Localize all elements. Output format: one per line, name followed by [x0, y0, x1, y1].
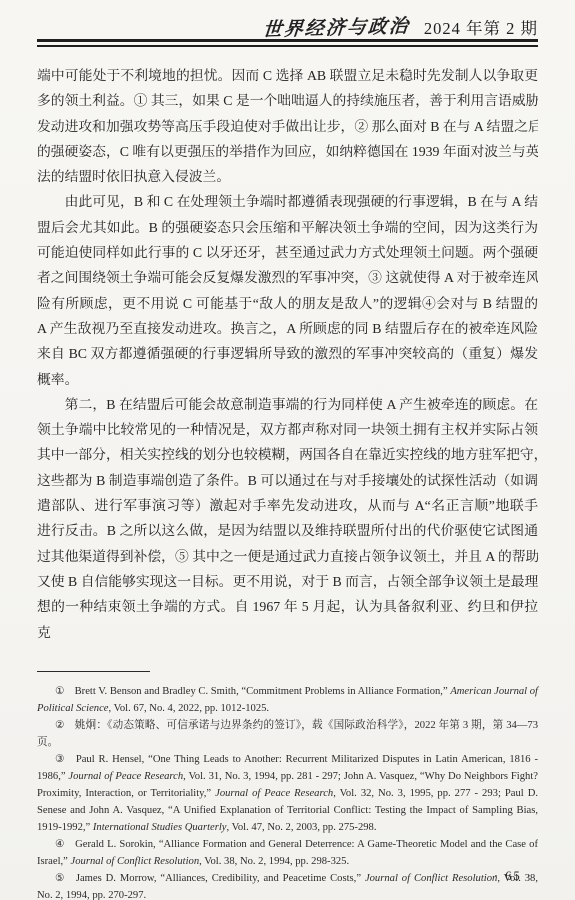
- body-line: 端中可能处于不利境地的担忧。因而 C 选择 AB 联盟立足未稳时先发制人以争取更: [37, 63, 538, 88]
- body-line: 来自 BC 双方都遵循强硬的行事逻辑所导致的激烈的军事冲突较高的（重复）爆发: [37, 341, 538, 366]
- body-line: 又使 B 自信能够实现这一目标。更不用说，对于 B 而言，占领全部争议领土是最理: [37, 569, 538, 594]
- footnote: ⑤James D. Morrow, “Alliances, Credibilit…: [37, 870, 538, 900]
- body-line: 第二，B 在结盟后可能会故意制造事端的行为同样使 A 产生被牵连的顾虑。在: [37, 392, 538, 417]
- body-line: 多的领土利益。① 其三，如果 C 是一个咄咄逼人的持续施压者，善于利用言语威胁、: [37, 88, 538, 113]
- body-line: 法的结盟时依旧执意入侵波兰。: [37, 164, 538, 189]
- journal-page: 世界经济与政治2024 年第 2 期 端中可能处于不利境地的担忧。因而 C 选择…: [0, 0, 575, 900]
- journal-title-calligraphy: 世界经济与政治: [262, 11, 411, 42]
- page-header: 世界经济与政治2024 年第 2 期: [37, 0, 538, 39]
- footnotes: ①Brett V. Benson and Bradley C. Smith, “…: [37, 683, 538, 900]
- footnote: ③Paul R. Hensel, “One Thing Leads to Ano…: [37, 751, 538, 836]
- body-line: 其中一部分，相关实控线的划分也较模糊，两国各自在靠近实控线的地方驻军把守，: [37, 442, 538, 467]
- body-line: 过其他渠道得到补偿，⑤ 其中之一便是通过武力直接占领争议领土，并且 A 的帮助: [37, 544, 538, 569]
- body-line: 由此可见，B 和 C 在处理领土争端时都遵循表现强硬的行事逻辑，B 在与 A 结: [37, 189, 538, 214]
- footnote-marker: ①: [55, 686, 65, 697]
- footnote-marker: ②: [55, 720, 65, 731]
- footnote: ④Gerald L. Sorokin, “Alliance Formation …: [37, 836, 538, 870]
- body-line: 遣部队、进行军事演习等）激起对手率先发动进攻，从而与 A“名正言顺”地联手: [37, 493, 538, 518]
- body-text: 端中可能处于不利境地的担忧。因而 C 选择 AB 联盟立足未稳时先发制人以争取更…: [37, 63, 538, 645]
- footnote-marker: ③: [55, 754, 66, 765]
- body-line: 发动进攻和加强攻势等高压手段迫使对手做出让步，② 那么面对 B 在与 A 结盟之…: [37, 114, 538, 139]
- footnote: ②姚炯：《动态策略、可信承诺与边界条约的签订》，载《国际政治科学》，2022 年…: [37, 717, 538, 751]
- body-line: 险有所顾虑，更不用说 C 可能基于“敌人的朋友是敌人”的逻辑④会对与 B 结盟的: [37, 291, 538, 316]
- footnote-separator-rule: [37, 671, 150, 672]
- body-line: 进行反击。B 之所以这么做，是因为结盟以及维持联盟所付出的代价驱使它试图通: [37, 518, 538, 543]
- footnote-marker: ④: [55, 839, 65, 850]
- body-line: 想的一种结束领土争端的方式。自 1967 年 5 月起，认为具备叙利亚、约旦和伊…: [37, 594, 538, 645]
- body-line: 这些都为 B 制造事端创造了条件。B 可以通过在与对手接壤处的试探性活动（如调: [37, 468, 538, 493]
- page-number: · 65 ·: [494, 869, 533, 884]
- body-line: 概率。: [37, 367, 538, 392]
- issue-label: 2024 年第 2 期: [424, 19, 538, 38]
- footnote-marker: ⑤: [55, 873, 66, 884]
- body-line: 盟后会尤其如此。B 的强硬姿态只会压缩和平解决领土争端的空间，因为这类行为: [37, 215, 538, 240]
- body-line: 者之间围绕领土争端可能会反复爆发激烈的军事冲突，③ 这就使得 A 对于被牵连风: [37, 265, 538, 290]
- body-line: 的强硬姿态，C 唯有以更强压的举措作为回应，如纳粹德国在 1939 年面对波兰与…: [37, 139, 538, 164]
- body-line: 可能迫使同样如此行事的 C 以牙还牙，甚至通过武力方式处理领土问题。两个强硬: [37, 240, 538, 265]
- body-line: A 产生敌视乃至直接发动进攻。换言之，A 所顾虑的同 B 结盟后存在的被牵连风险: [37, 316, 538, 341]
- footnote: ①Brett V. Benson and Bradley C. Smith, “…: [37, 683, 538, 717]
- body-line: 领土争端中比较常见的一种情况是，双方都声称对同一块领土拥有主权并实际占领: [37, 417, 538, 442]
